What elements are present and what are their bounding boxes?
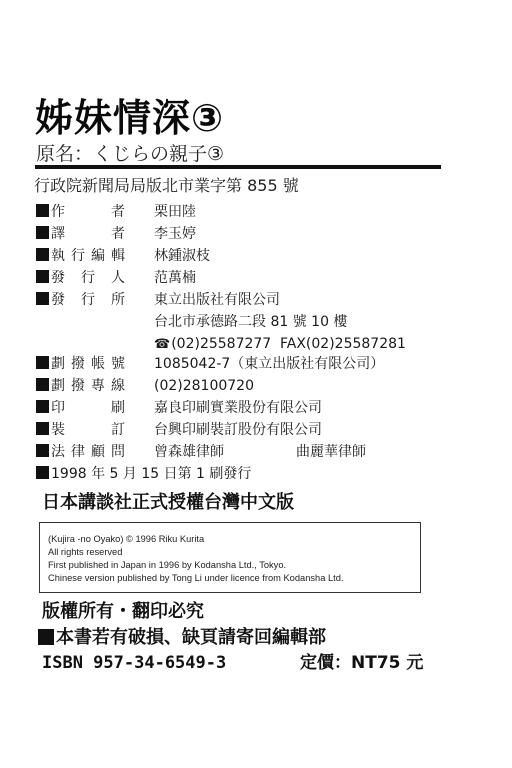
isbn: ISBN 957-34-6549-3	[42, 652, 226, 674]
credit-label: 作 者	[51, 202, 125, 222]
credit-row-translator: 譯 者 李玉婷	[36, 224, 51, 244]
payment-label: 法律顧問	[51, 442, 125, 462]
copyright-line: Chinese version published by Tong Li und…	[48, 572, 343, 585]
edition-date: 1998 年 5 月 15 日第 1 刷發行	[51, 466, 251, 482]
payment-label: 劃撥帳號	[51, 354, 125, 374]
payment-label: 裝 訂	[51, 420, 125, 440]
damage-notice: 本書若有破損、缺頁請寄回編輯部	[56, 627, 326, 648]
publisher-fax: FAX(02)25587281	[280, 334, 406, 354]
copyright-box: (Kujira -no Oyako) © 1996 Riku Kurita Al…	[39, 522, 421, 593]
bullet-square-icon	[36, 400, 49, 413]
credit-row-publisher: 發 行 所 東立出版社有限公司	[36, 290, 51, 310]
bullet-square-icon	[36, 444, 49, 457]
payment-value: 曾森雄律師	[154, 442, 224, 462]
book-title: 姊妹情深③	[35, 96, 224, 140]
credit-row-author: 作 者 栗田陸	[36, 202, 51, 222]
credit-value: 范萬楠	[154, 268, 196, 288]
payment-row-account: 劃撥帳號 1085042-7（東立出版社有限公司）	[36, 354, 51, 374]
credit-value: 林鍾淑枝	[154, 246, 210, 266]
credit-row-editor: 執行編輯 林鍾淑枝	[36, 246, 51, 266]
copyright-line: (Kujira -no Oyako) © 1996 Riku Kurita	[48, 533, 343, 546]
payment-value: (02)28100720	[154, 376, 254, 396]
copyright-line: All rights reserved	[48, 546, 343, 559]
original-title: 原名：くじらの親子③	[36, 142, 224, 166]
payment-value-2: 曲麗華律師	[296, 442, 366, 462]
bullet-square-icon	[36, 226, 49, 239]
license-notice: 日本講談社正式授權台灣中文版	[42, 492, 294, 514]
credit-value: 東立出版社有限公司	[154, 290, 280, 310]
payment-value: 1085042-7（東立出版社有限公司）	[154, 354, 384, 374]
bullet-square-icon	[36, 422, 49, 435]
payment-value: 嘉良印刷實業股份有限公司	[154, 398, 322, 418]
payment-row-legal: 法律顧問 曾森雄律師 曲麗華律師	[36, 442, 51, 462]
bullet-square-icon	[36, 378, 49, 391]
publisher-phone: (02)25587277	[171, 336, 271, 352]
bullet-square-icon	[38, 629, 54, 645]
rights-notice: 版權所有・翻印必究	[42, 601, 204, 623]
credit-value: 李玉婷	[154, 224, 196, 244]
payment-label: 印 刷	[51, 398, 125, 418]
credit-label: 發 行 人	[51, 268, 125, 288]
bullet-square-icon	[36, 356, 49, 369]
bullet-square-icon	[36, 270, 49, 283]
payment-row-printer: 印 刷 嘉良印刷實業股份有限公司	[36, 398, 51, 418]
registration-number: 行政院新聞局局版北市業字第 855 號	[34, 176, 299, 196]
credit-label: 譯 者	[51, 224, 125, 244]
divider-rule	[35, 165, 441, 169]
credit-label: 發 行 所	[51, 290, 125, 310]
credit-row-publisher-person: 發 行 人 范萬楠	[36, 268, 51, 288]
credit-value: 栗田陸	[154, 202, 196, 222]
bullet-square-icon	[36, 204, 49, 217]
edition-row: 1998 年 5 月 15 日第 1 刷發行	[36, 464, 251, 484]
bullet-square-icon	[36, 248, 49, 261]
credit-label: 執行編輯	[51, 246, 125, 266]
telephone-icon: ☎	[154, 337, 170, 352]
damage-notice-row: 本書若有破損、缺頁請寄回編輯部	[38, 627, 326, 649]
payment-label: 劃撥專線	[51, 376, 125, 396]
payment-row-hotline: 劃撥專線 (02)28100720	[36, 376, 51, 396]
payment-row-binder: 裝 訂 台興印刷裝訂股份有限公司	[36, 420, 51, 440]
payment-value: 台興印刷裝訂股份有限公司	[154, 420, 322, 440]
copyright-line: First published in Japan in 1996 by Koda…	[48, 559, 343, 572]
publisher-address: 台北市承德路二段 81 號 10 樓	[154, 312, 347, 332]
bullet-square-icon	[36, 292, 49, 305]
bullet-square-icon	[36, 466, 49, 479]
price: 定價：NT75 元	[300, 652, 423, 674]
